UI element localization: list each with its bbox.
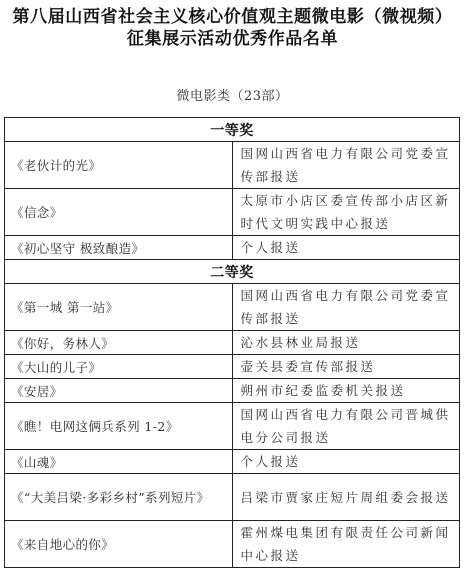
grade-label: 二等奖 bbox=[5, 260, 460, 284]
submitting-org: 霍州煤电集团有限责任公司新闻中心报送 bbox=[232, 521, 460, 568]
table-row: 《安居》 朔州市纪委监委机关报送 bbox=[5, 379, 460, 403]
submitting-org: 太原市小店区委宣传部小店区新时代文明实践中心报送 bbox=[232, 189, 460, 236]
work-title: 《你好，务林人》 bbox=[5, 331, 233, 355]
table-row: 《信念》 太原市小店区委宣传部小店区新时代文明实践中心报送 bbox=[5, 189, 460, 236]
work-title: 《安居》 bbox=[5, 379, 233, 403]
submitting-org: 个人报送 bbox=[232, 450, 460, 474]
awards-table: 一等奖 《老伙计的光》 国网山西省电力有限公司党委宣传部报送 《信念》 太原市小… bbox=[4, 117, 460, 568]
grade-row-first-prize: 一等奖 bbox=[5, 118, 460, 142]
table-row: 《你好，务林人》 沁水县林业局报送 bbox=[5, 331, 460, 355]
table-row: 《“大美吕梁·多彩乡村”系列短片》 吕梁市贾家庄短片周组委会报送 bbox=[5, 474, 460, 521]
table-row: 《第一城 第一站》 国网山西省电力有限公司党委宣传部报送 bbox=[5, 284, 460, 331]
work-title: 《老伙计的光》 bbox=[5, 142, 233, 189]
work-title: 《大山的儿子》 bbox=[5, 355, 233, 379]
work-title: 《山魂》 bbox=[5, 450, 233, 474]
table-row: 《大山的儿子》 壶关县委宣传部报送 bbox=[5, 355, 460, 379]
grade-label: 一等奖 bbox=[5, 118, 460, 142]
submitting-org: 吕梁市贾家庄短片周组委会报送 bbox=[232, 474, 460, 521]
document-title-line-2: 征集展示活动优秀作品名单 bbox=[0, 28, 465, 50]
work-title: 《第一城 第一站》 bbox=[5, 284, 233, 331]
work-title: 《瞧！电网这俩兵系列 1-2》 bbox=[5, 403, 233, 450]
document-title-line-1: 第八届山西省社会主义核心价值观主题微电影（微视频） bbox=[0, 6, 465, 28]
table-row: 《瞧！电网这俩兵系列 1-2》 国网山西省电力有限公司晋城供电分公司报送 bbox=[5, 403, 460, 450]
category-heading: 微电影类（23部） bbox=[0, 88, 465, 106]
table-row: 《来自地心的你》 霍州煤电集团有限责任公司新闻中心报送 bbox=[5, 521, 460, 568]
submitting-org: 国网山西省电力有限公司党委宣传部报送 bbox=[232, 284, 460, 331]
work-title: 《来自地心的你》 bbox=[5, 521, 233, 568]
work-title: 《初心坚守 极致酿造》 bbox=[5, 236, 233, 260]
table-row: 《山魂》 个人报送 bbox=[5, 450, 460, 474]
submitting-org: 沁水县林业局报送 bbox=[232, 331, 460, 355]
submitting-org: 朔州市纪委监委机关报送 bbox=[232, 379, 460, 403]
work-title: 《“大美吕梁·多彩乡村”系列短片》 bbox=[5, 474, 233, 521]
work-title: 《信念》 bbox=[5, 189, 233, 236]
grade-row-second-prize: 二等奖 bbox=[5, 260, 460, 284]
table-row: 《初心坚守 极致酿造》 个人报送 bbox=[5, 236, 460, 260]
submitting-org: 国网山西省电力有限公司晋城供电分公司报送 bbox=[232, 403, 460, 450]
submitting-org: 国网山西省电力有限公司党委宣传部报送 bbox=[232, 142, 460, 189]
table-row: 《老伙计的光》 国网山西省电力有限公司党委宣传部报送 bbox=[5, 142, 460, 189]
submitting-org: 个人报送 bbox=[232, 236, 460, 260]
submitting-org: 壶关县委宣传部报送 bbox=[232, 355, 460, 379]
